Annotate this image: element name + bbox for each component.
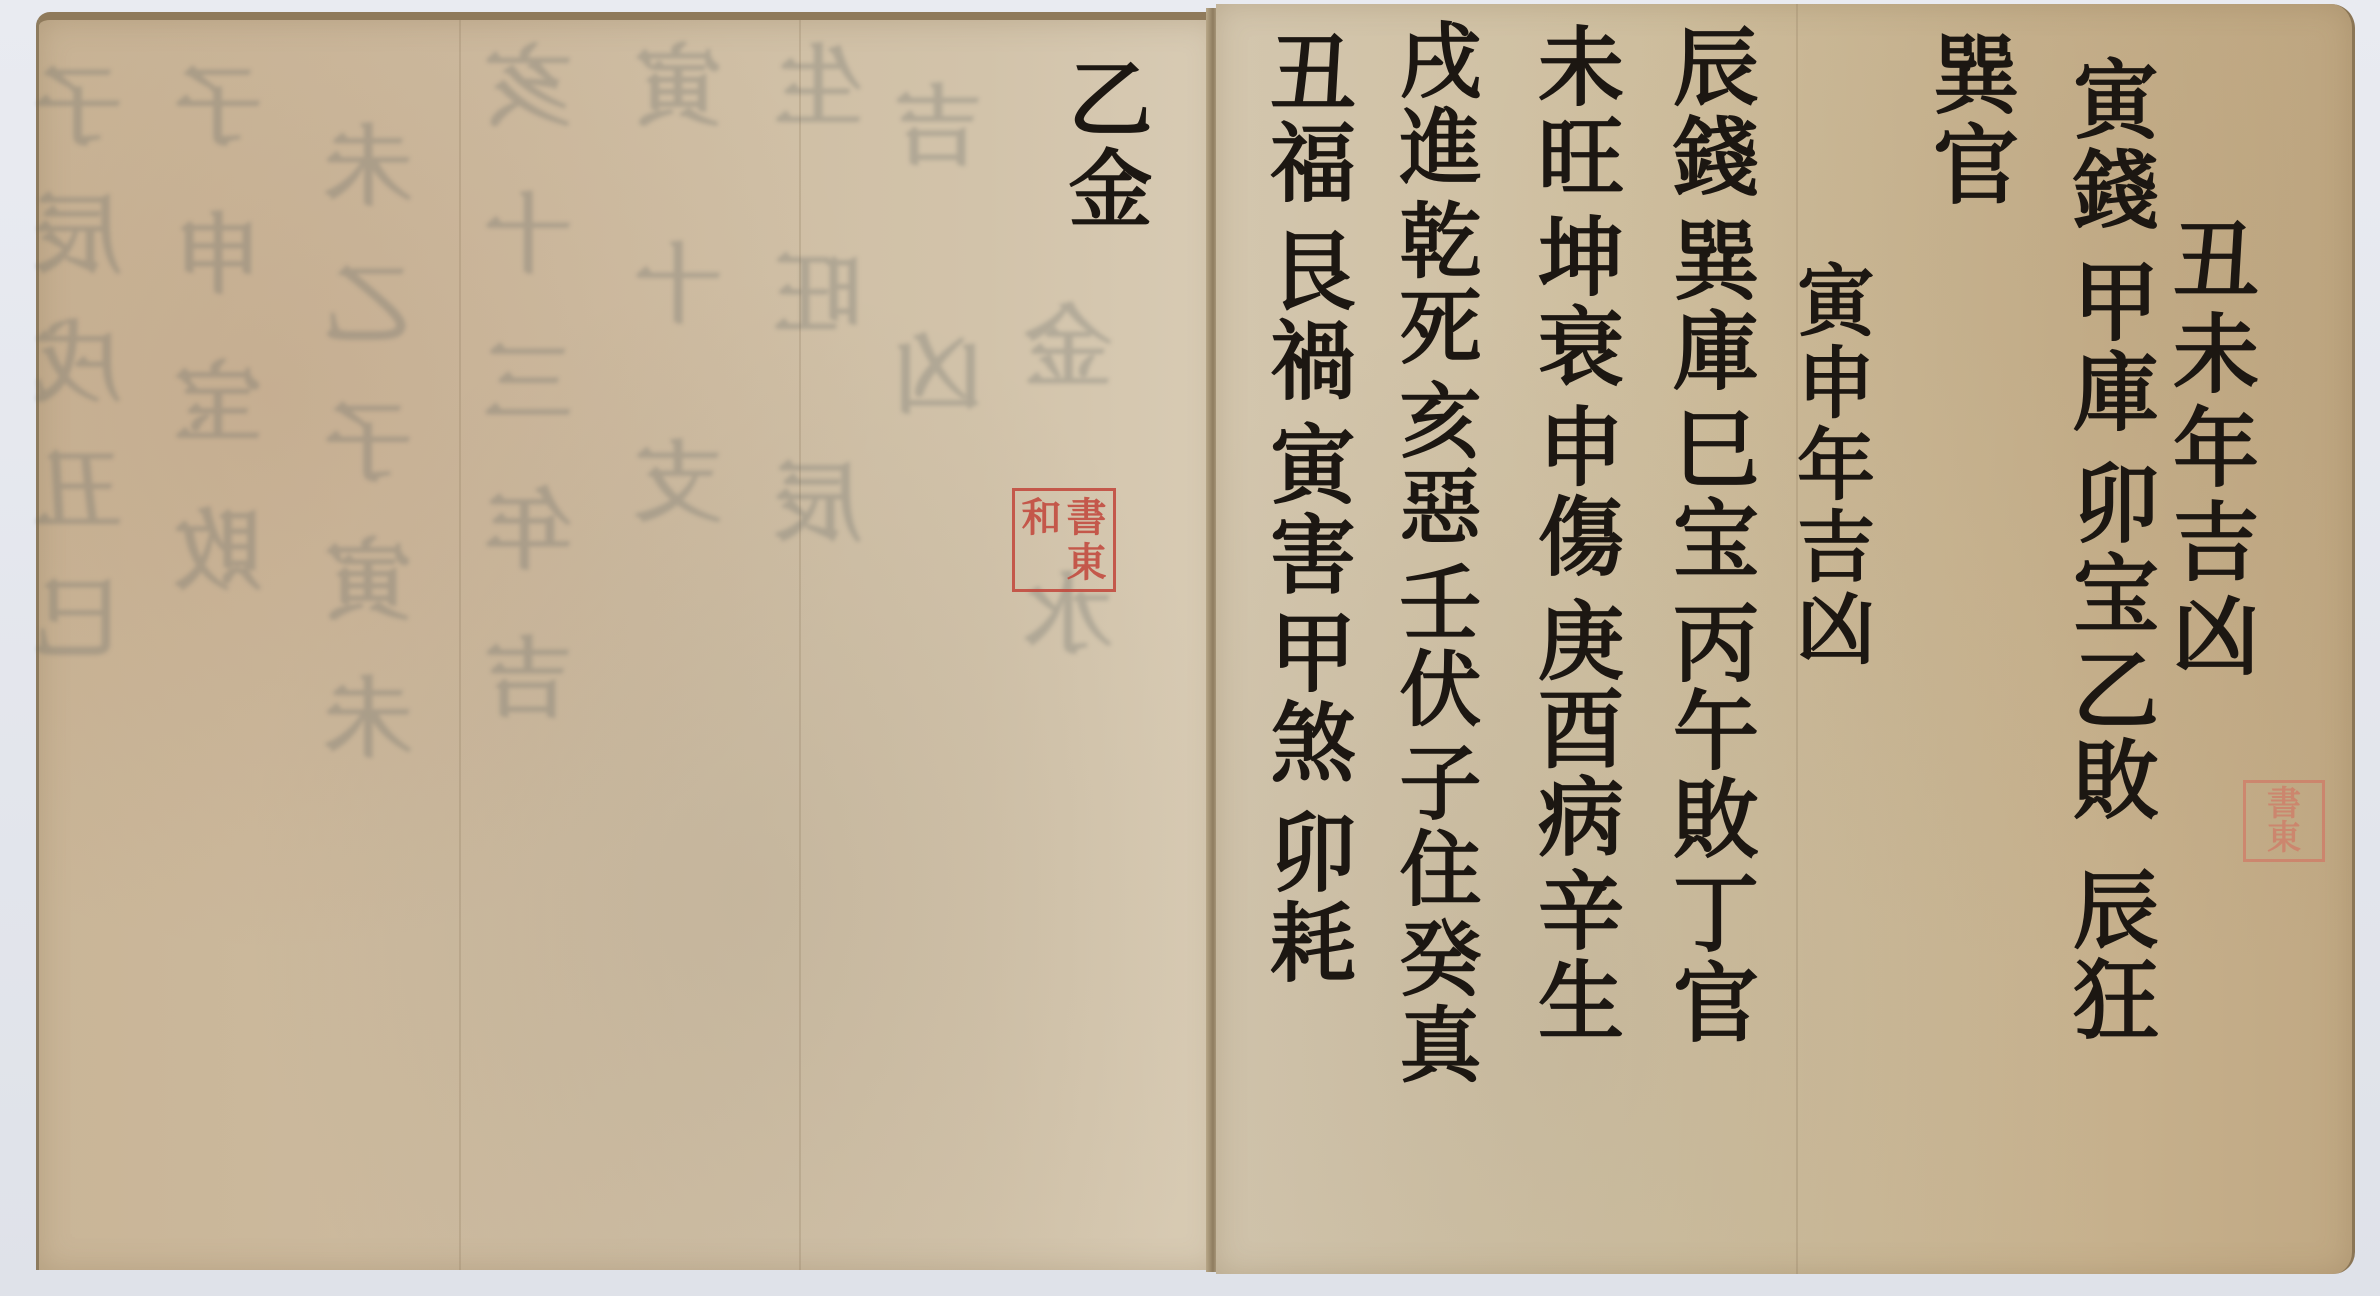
column-heading-text: 丑未年吉凶 xyxy=(2165,215,2251,685)
term-pair: 卯耗 xyxy=(1262,808,1348,988)
bleed-through-text: 亥十三年吉 xyxy=(490,40,578,780)
term-pair: 巽官 xyxy=(1925,30,2011,210)
term-pair: 卯宝 xyxy=(2065,459,2151,639)
right-page-column-2: 寅錢 甲庫 卯宝 乙敗 辰狂 xyxy=(2065,55,2151,1045)
seal-char: 東 xyxy=(2250,821,2318,855)
right-page-column-4-heading: 寅申年吉凶 xyxy=(1790,260,1868,670)
term-pair: 亥惡 xyxy=(1393,378,1475,550)
right-page-column-7: 戌進 乾死 亥惡 壬伏 子住 癸真 xyxy=(1393,18,1475,1088)
bleed-through-column: 吉凶 xyxy=(900,80,988,576)
term-pair: 艮禍 xyxy=(1262,226,1348,406)
term-triple: 庚酉病 xyxy=(1530,596,1616,860)
term-pair: 甲煞 xyxy=(1262,608,1348,788)
bleed-through-text: 未乙子寅未 xyxy=(330,120,418,810)
bleed-through-text: 生旺辰 xyxy=(780,40,868,664)
term-pair: 申傷 xyxy=(1530,402,1616,582)
left-page-column-yi-jin: 乙金 xyxy=(1062,55,1146,235)
term-pair: 子住 xyxy=(1393,740,1475,912)
open-manuscript-book: 子辰戌丑巳 子申宝敗 未乙子寅未 亥十三年吉 寅十支 生旺辰 吉凶 金水 乙金 … xyxy=(0,0,2380,1296)
right-page-column-3: 巽官 xyxy=(1925,30,2011,210)
red-seal-right-page: 書 東 xyxy=(2243,780,2325,862)
term-pair: 辰狂 xyxy=(2065,865,2151,1045)
term-pair: 寅錢 xyxy=(2065,55,2151,235)
term-pair: 癸真 xyxy=(1393,916,1475,1088)
bleed-through-column: 生旺辰 xyxy=(780,40,868,664)
seal-char: 和 xyxy=(1019,495,1064,540)
column-heading-text: 寅申年吉凶 xyxy=(1790,260,1868,670)
term-pair: 丑福 xyxy=(1262,28,1348,208)
term-pair: 寅害 xyxy=(1262,420,1348,600)
column-text: 乙金 xyxy=(1062,55,1146,235)
term-pair: 甲庫 xyxy=(2065,257,2151,437)
right-page-column-6: 未旺 坤衰 申傷 庚酉病 辛生 xyxy=(1530,22,1616,1046)
term-pair: 巳宝 xyxy=(1665,404,1751,584)
red-collector-seal: 和 書 東 xyxy=(1012,488,1116,592)
left-page-fold-line xyxy=(459,20,461,1270)
term-pair: 未旺 xyxy=(1530,22,1616,202)
right-page-column-5: 辰錢 巽庫 巳宝 丙午敗 丁官 xyxy=(1665,22,1751,1048)
bleed-through-column: 亥十三年吉 xyxy=(490,40,578,780)
seal-char xyxy=(1019,540,1064,585)
term-pair: 乾死 xyxy=(1393,198,1475,370)
bleed-through-text: 寅十支 xyxy=(640,40,728,634)
term-pair: 辛生 xyxy=(1530,866,1616,1046)
bleed-through-column: 寅十支 xyxy=(640,40,728,634)
bleed-through-text: 子辰戌丑巳 xyxy=(40,60,128,700)
right-page-column-1-heading: 丑未年吉凶 xyxy=(2165,215,2251,685)
seal-char: 東 xyxy=(1064,540,1109,585)
term-pair: 丁官 xyxy=(1665,868,1751,1048)
term-pair: 坤衰 xyxy=(1530,212,1616,392)
right-page-column-8: 丑福 艮禍 寅害 甲煞 卯耗 xyxy=(1262,28,1348,988)
term-pair: 巽庫 xyxy=(1665,216,1751,396)
term-pair: 戌進 xyxy=(1393,18,1475,190)
term-pair: 壬伏 xyxy=(1393,560,1475,732)
seal-char: 書 xyxy=(2250,787,2318,821)
bleed-through-column: 子申宝敗 xyxy=(180,60,268,652)
term-triple: 丙午敗 xyxy=(1665,598,1751,862)
bleed-through-column: 未乙子寅未 xyxy=(330,120,418,810)
term-pair: 乙敗 xyxy=(2065,645,2151,825)
bleed-through-text: 子申宝敗 xyxy=(180,60,268,652)
bleed-through-column: 子辰戌丑巳 xyxy=(40,60,128,700)
bleed-through-text: 吉凶 xyxy=(900,80,988,576)
seal-char: 書 xyxy=(1064,495,1109,540)
term-pair: 辰錢 xyxy=(1665,22,1751,202)
